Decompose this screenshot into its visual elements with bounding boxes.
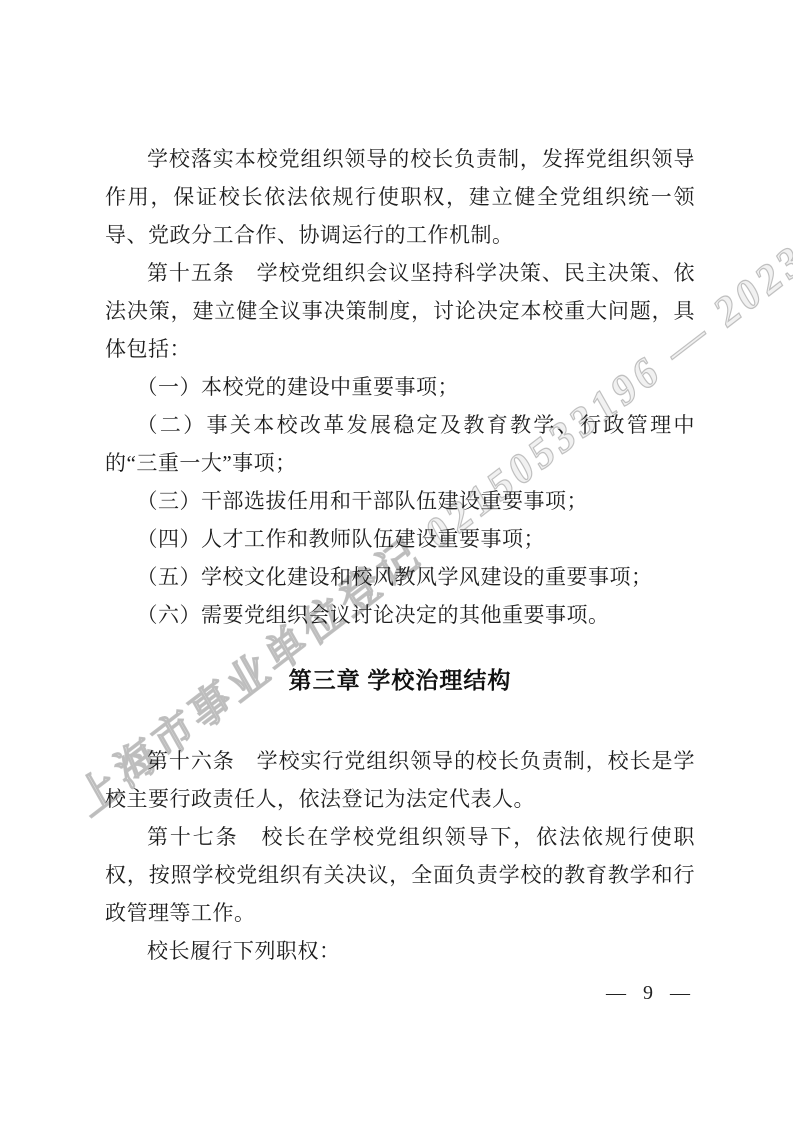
document-page: 上海市事业单位登记 02150533196 — 20231031 学校落实本校党… — [0, 0, 793, 1122]
document-body: 学校落实本校党组织领导的校长负责制，发挥党组织领导作用，保证校长依法依规行使职权… — [105, 140, 695, 970]
paragraph: 第十五条 学校党组织会议坚持科学决策、民主决策、依法决策，建立健全议事决策制度，… — [105, 254, 695, 368]
list-item: （三）干部选拔任用和干部队伍建设重要事项； — [105, 482, 695, 520]
chapter-heading: 第三章 学校治理结构 — [105, 662, 695, 700]
list-item: （四）人才工作和教师队伍建设重要事项； — [105, 520, 695, 558]
list-item: （五）学校文化建设和校风教风学风建设的重要事项； — [105, 558, 695, 596]
paragraph: 校长履行下列职权： — [105, 932, 695, 970]
list-item: （一）本校党的建设中重要事项； — [105, 368, 695, 406]
list-item: （六）需要党组织会议讨论决定的其他重要事项。 — [105, 596, 695, 634]
list-item: （二）事关本校改革发展稳定及教育教学、行政管理中的“三重一大”事项； — [105, 406, 695, 482]
paragraph: 第十六条 学校实行党组织领导的校长负责制，校长是学校主要行政责任人，依法登记为法… — [105, 742, 695, 818]
paragraph: 第十七条 校长在学校党组织领导下，依法依规行使职权，按照学校党组织有关决议，全面… — [105, 818, 695, 932]
paragraph: 学校落实本校党组织领导的校长负责制，发挥党组织领导作用，保证校长依法依规行使职权… — [105, 140, 695, 254]
page-number: — 9 — — [598, 982, 698, 1005]
